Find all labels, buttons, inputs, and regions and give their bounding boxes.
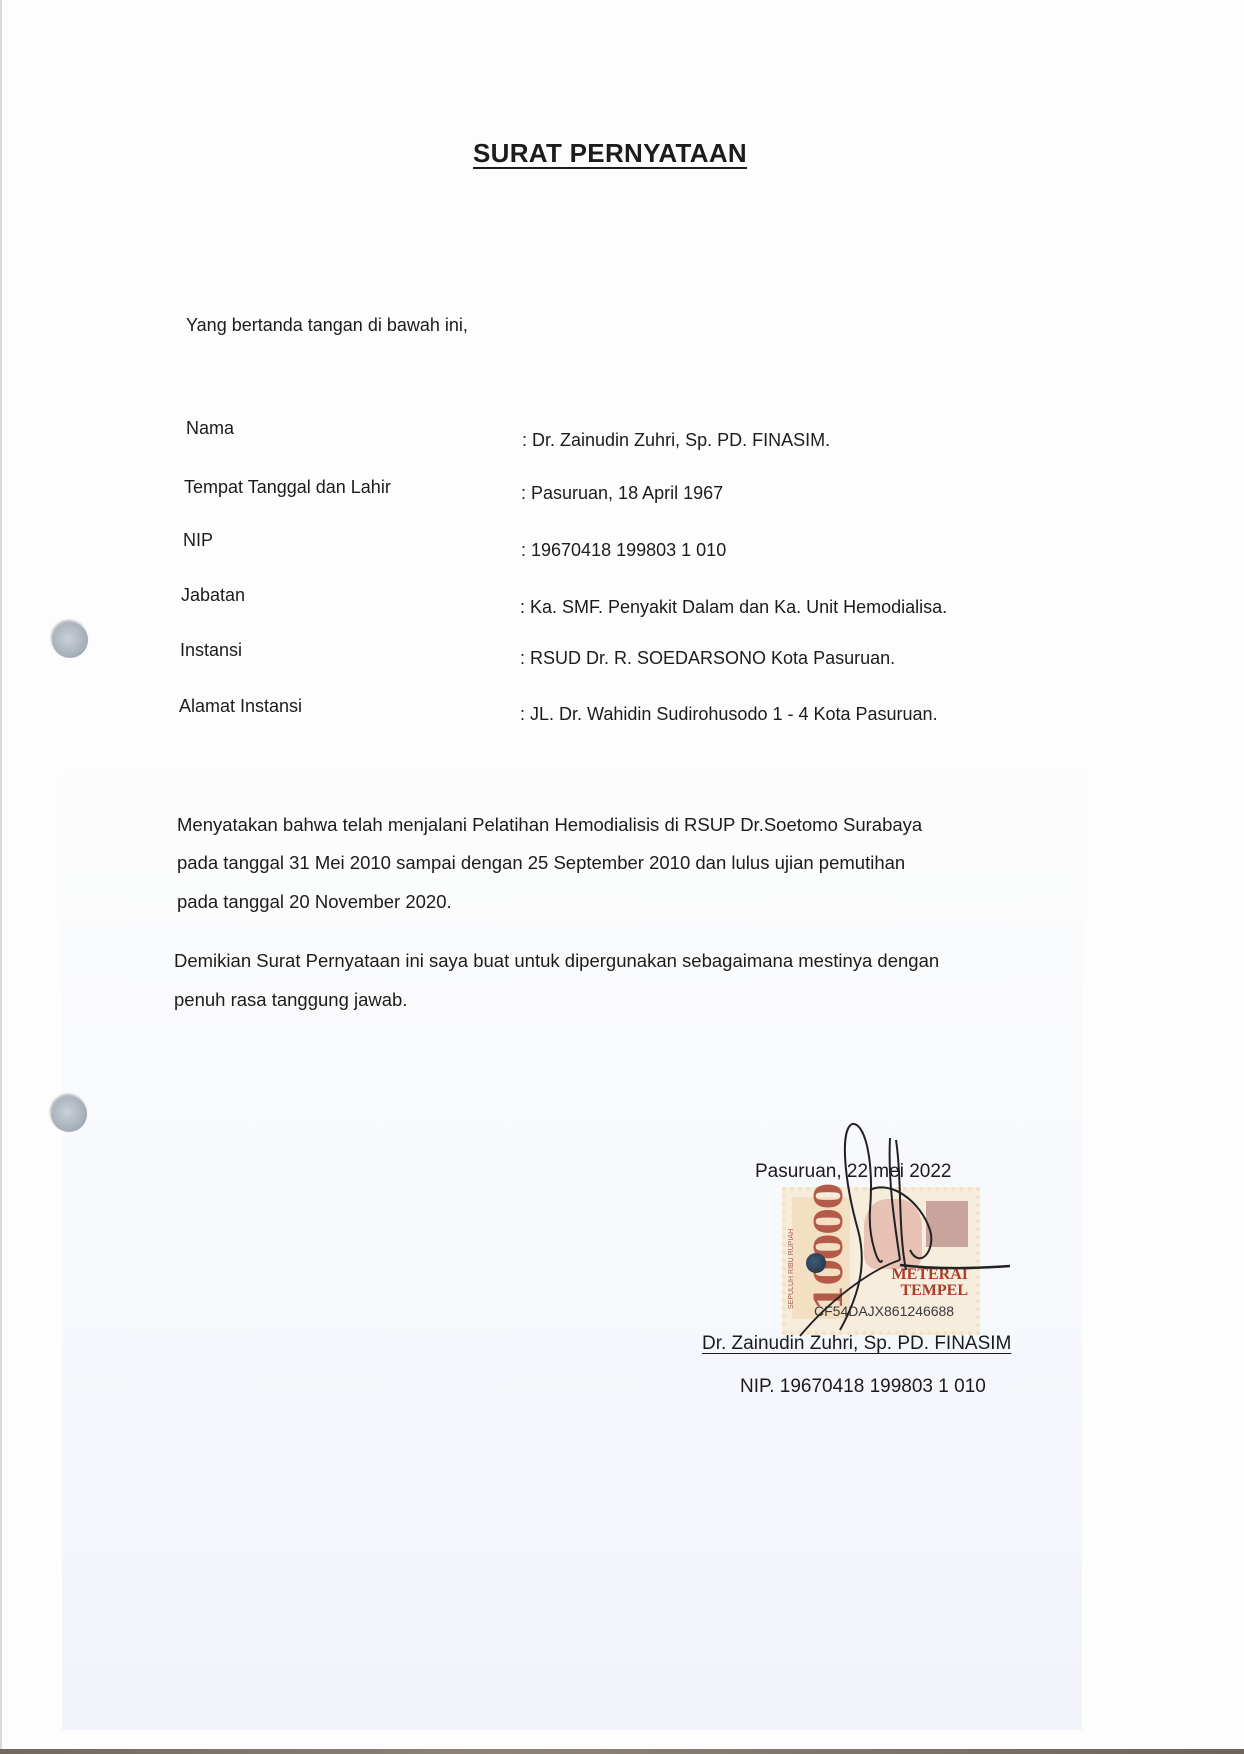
field-value: : Dr. Zainudin Zuhri, Sp. PD. FINASIM. [522, 430, 830, 451]
punch-hole-icon [51, 1096, 87, 1132]
field-label: Jabatan [181, 585, 245, 606]
intro-text: Yang bertanda tangan di bawah ini, [186, 315, 468, 336]
closing-line: Demikian Surat Pernyataan ini saya buat … [174, 950, 939, 972]
document-title: SURAT PERNYATAAN [0, 138, 1220, 169]
field-label: Instansi [180, 640, 242, 661]
field-label: NIP [183, 530, 213, 551]
signatory-nip: NIP. 19670418 199803 1 010 [740, 1376, 986, 1398]
field-value: : Ka. SMF. Penyakit Dalam dan Ka. Unit H… [520, 597, 947, 618]
scan-left-edge [0, 0, 2, 1754]
field-label: Tempat Tanggal dan Lahir [184, 477, 391, 498]
statement-line: Menyatakan bahwa telah menjalani Pelatih… [177, 814, 922, 836]
statement-line: pada tanggal 20 November 2020. [177, 891, 452, 913]
closing-line: penuh rasa tanggung jawab. [174, 989, 408, 1011]
field-label: Alamat Instansi [179, 696, 302, 717]
signatory-name: Dr. Zainudin Zuhri, Sp. PD. FINASIM [702, 1333, 1011, 1355]
field-value: : RSUD Dr. R. SOEDARSONO Kota Pasuruan. [520, 648, 895, 669]
field-value: : Pasuruan, 18 April 1967 [521, 483, 723, 504]
field-value: : 19670418 199803 1 010 [521, 540, 726, 561]
punch-hole-icon [52, 622, 88, 658]
field-value: : JL. Dr. Wahidin Sudirohusodo 1 - 4 Kot… [520, 704, 938, 725]
handwritten-signature-icon [770, 1120, 1030, 1340]
field-label: Nama [186, 418, 234, 439]
statement-line: pada tanggal 31 Mei 2010 sampai dengan 2… [177, 852, 905, 874]
scan-bottom-edge [0, 1749, 1244, 1754]
